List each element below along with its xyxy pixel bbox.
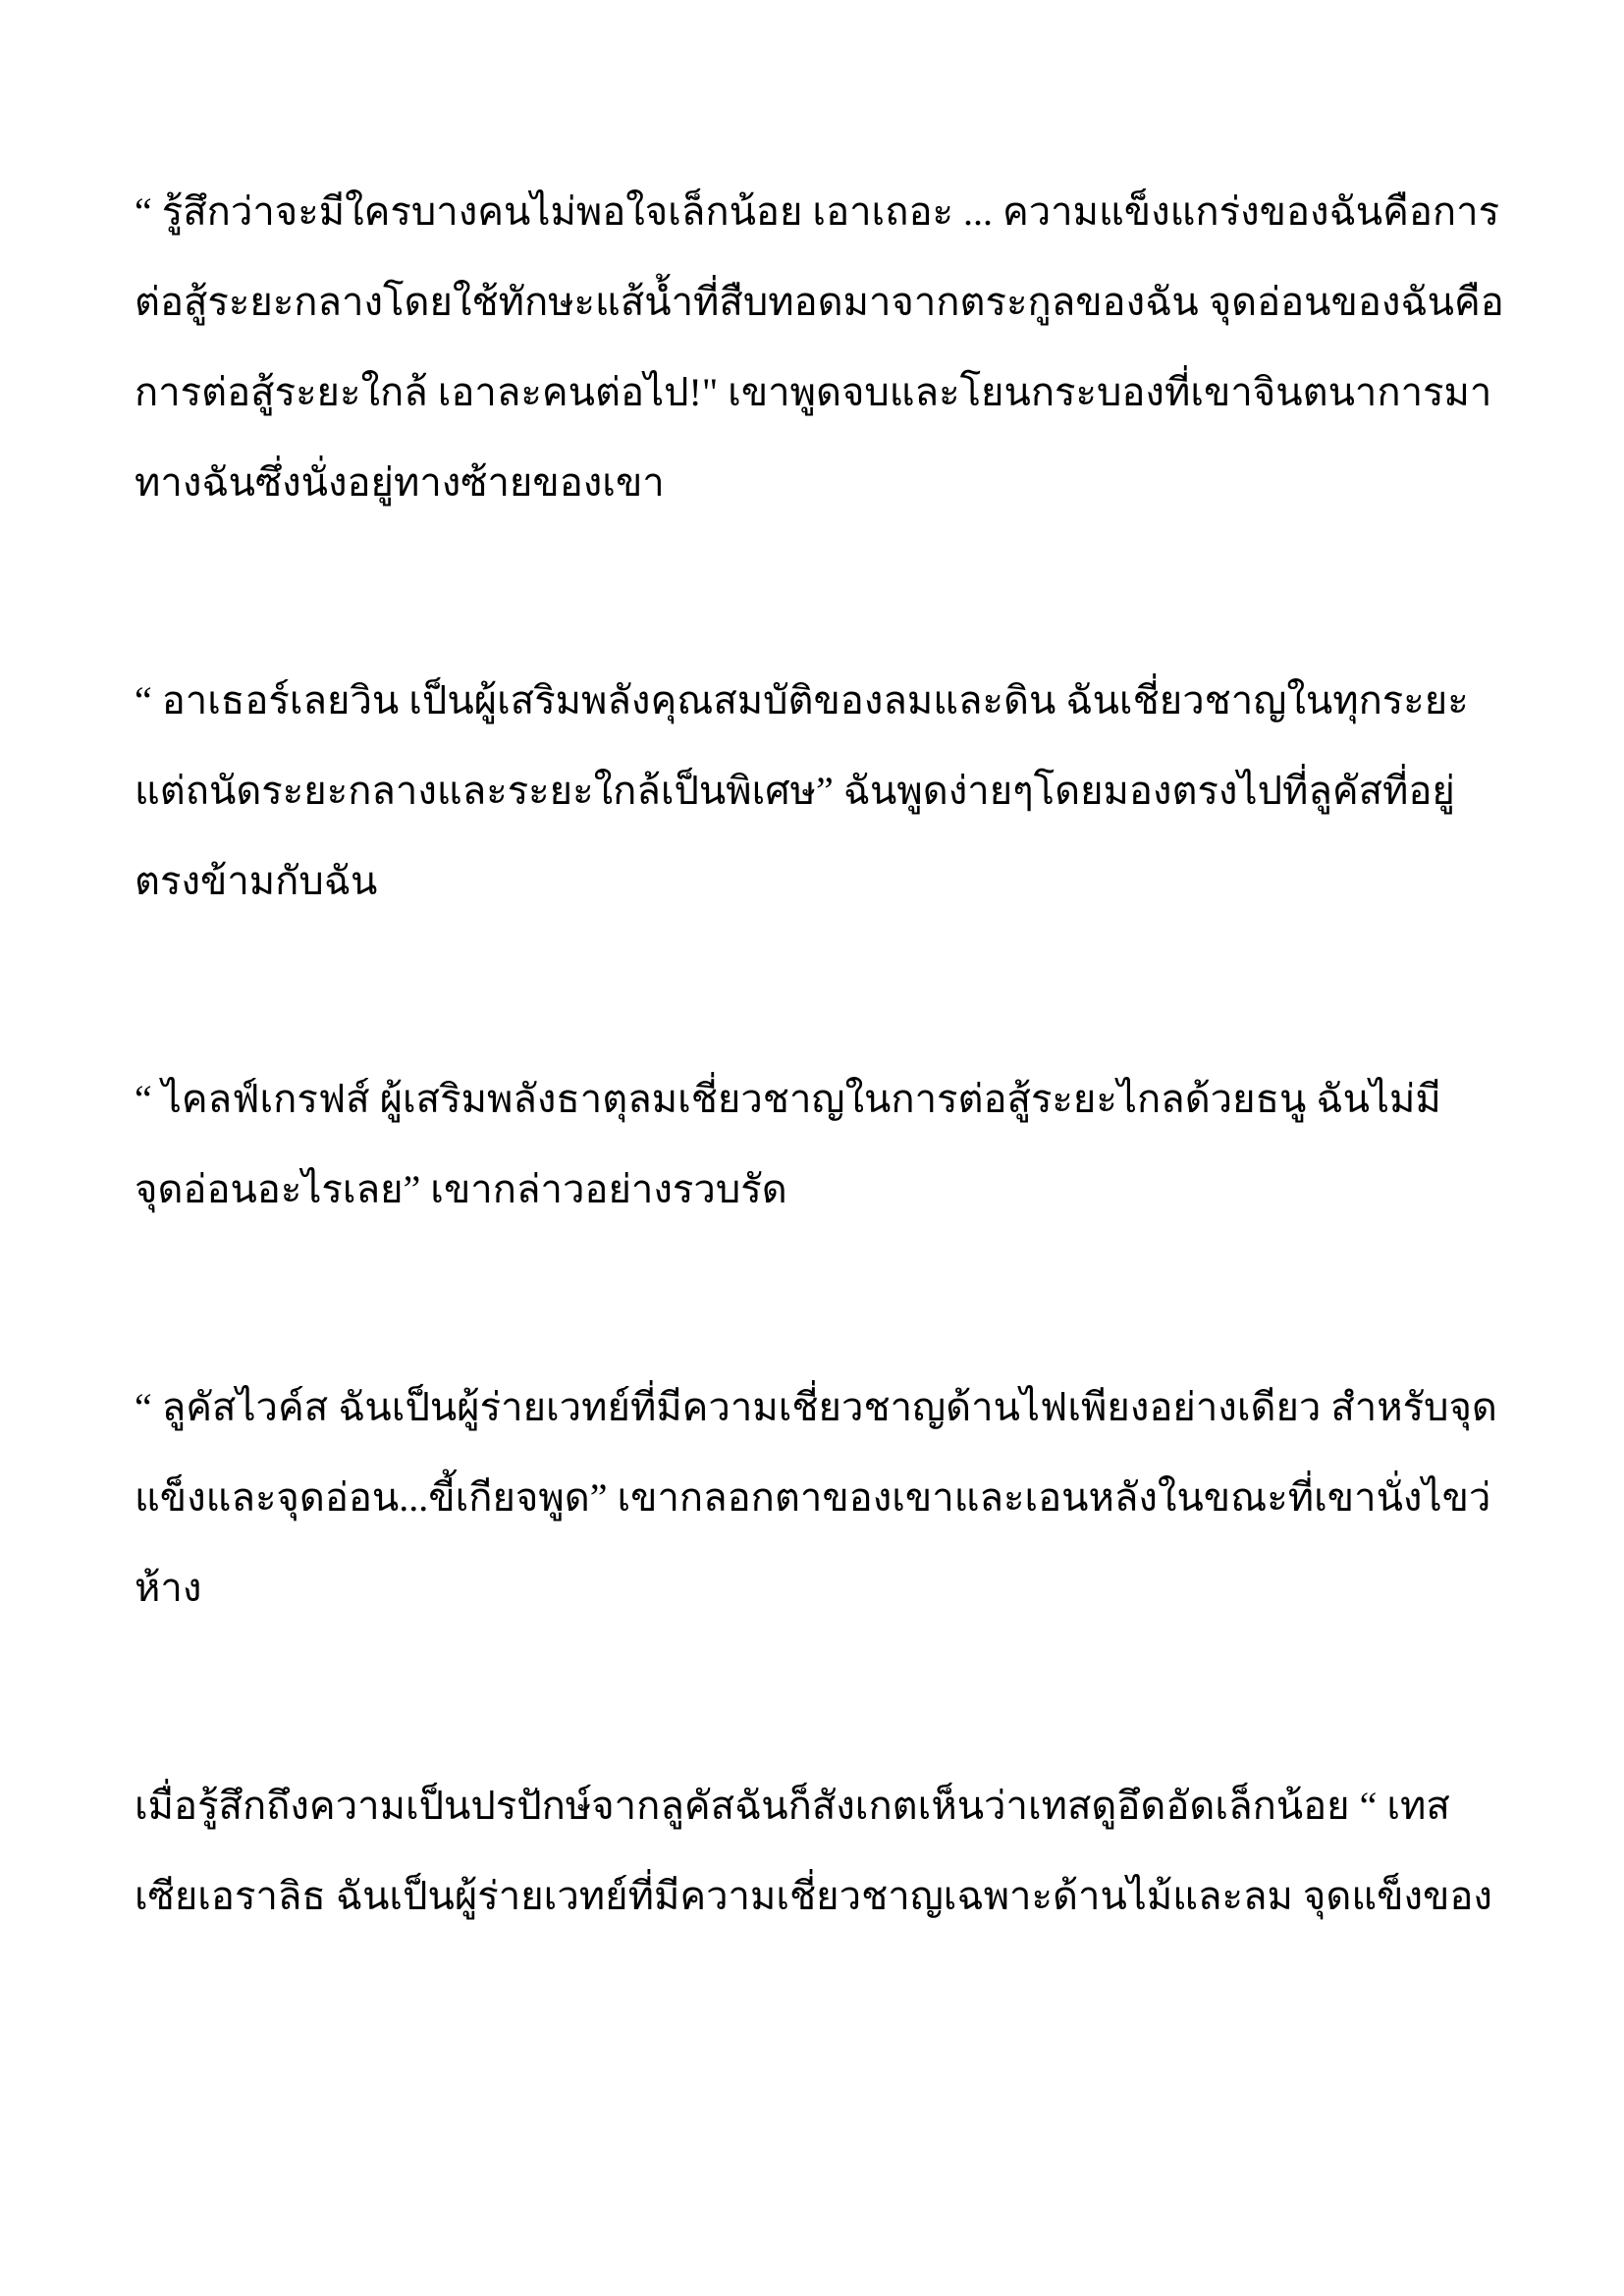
text-line: การต่อสู้ระยะใกล้ เอาละคนต่อไป!" เขาพูดจ… (135, 347, 1499, 438)
text-line: ต่อสู้ระยะกลางโดยใช้ทักษะแส้น้ำที่สืบทอด… (135, 257, 1499, 347)
document-page: “ รู้สึกว่าจะมีใครบางคนไม่พอใจเล็กน้อย เ… (0, 0, 1624, 2296)
paragraph-3: “ ไคลฟ์เกรฟส์ ผู้เสริมพลังธาตุลมเชี่ยวชา… (135, 1054, 1499, 1235)
paragraph-2: “ อาเธอร์เลยวิน เป็นผู้เสริมพลังคุณสมบัต… (135, 656, 1499, 927)
paragraph-1: “ รู้สึกว่าจะมีใครบางคนไม่พอใจเล็กน้อย เ… (135, 167, 1499, 528)
text-line: แข็งและจุดอ่อน...ขี้เกียจพูด” เขากลอกตาข… (135, 1453, 1499, 1543)
text-line: ทางฉันซึ่งนั่งอยู่ทางซ้ายของเขา (135, 438, 1499, 528)
paragraph-5: เมื่อรู้สึกถึงความเป็นปรปักษ์จากลูคัสฉัน… (135, 1761, 1499, 1942)
text-line: เมื่อรู้สึกถึงความเป็นปรปักษ์จากลูคัสฉัน… (135, 1761, 1499, 1851)
text-line: ตรงข้ามกับฉัน (135, 836, 1499, 927)
text-line: “ ลูคัสไวค์ส ฉันเป็นผู้ร่ายเวทย์ที่มีควา… (135, 1362, 1499, 1453)
text-line: “ รู้สึกว่าจะมีใครบางคนไม่พอใจเล็กน้อย เ… (135, 167, 1499, 257)
text-line: จุดอ่อนอะไรเลย” เขากล่าวอย่างรวบรัด (135, 1145, 1499, 1235)
text-line: เซียเอราลิธ ฉันเป็นผู้ร่ายเวทย์ที่มีความ… (135, 1851, 1499, 1942)
text-line: แต่ถนัดระยะกลางและระยะใกล้เป็นพิเศษ” ฉัน… (135, 746, 1499, 836)
text-line: ห้าง (135, 1543, 1499, 1633)
paragraph-4: “ ลูคัสไวค์ส ฉันเป็นผู้ร่ายเวทย์ที่มีควา… (135, 1362, 1499, 1633)
document-content: “ รู้สึกว่าจะมีใครบางคนไม่พอใจเล็กน้อย เ… (135, 167, 1499, 1942)
text-line: “ อาเธอร์เลยวิน เป็นผู้เสริมพลังคุณสมบัต… (135, 656, 1499, 746)
text-line: “ ไคลฟ์เกรฟส์ ผู้เสริมพลังธาตุลมเชี่ยวชา… (135, 1054, 1499, 1145)
